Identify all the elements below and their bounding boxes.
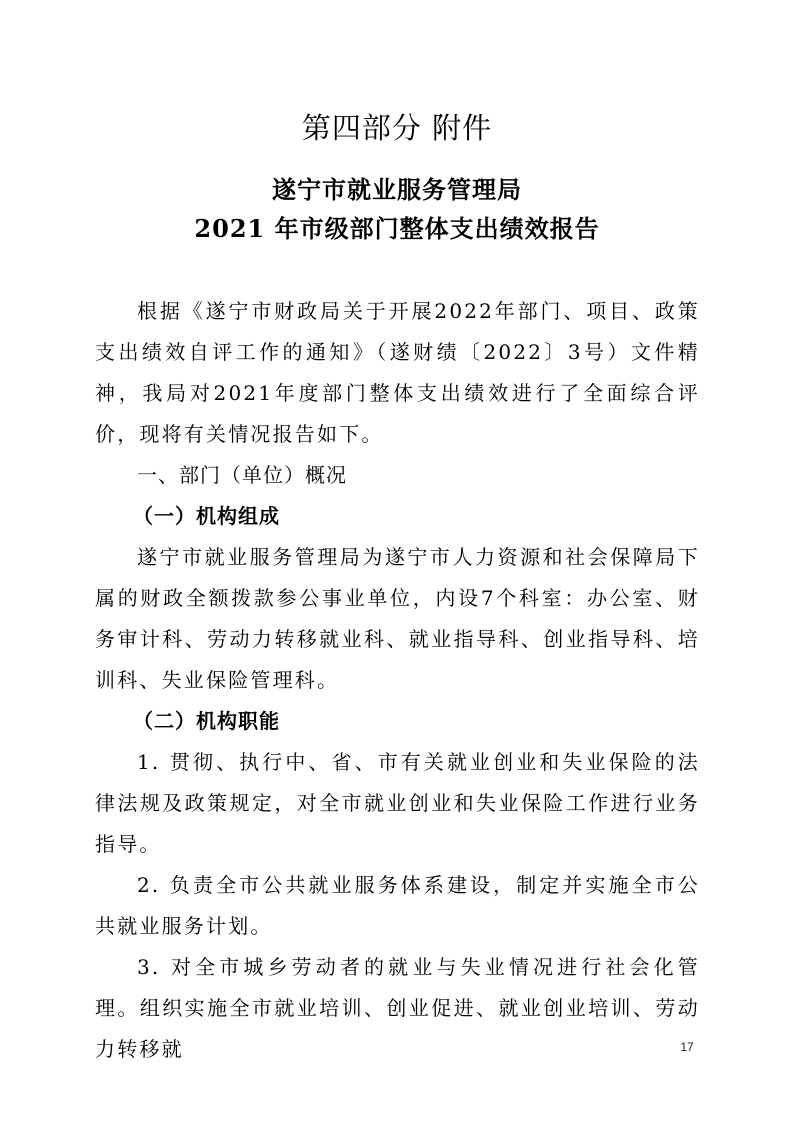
function-item-2: 2. 负责全市公共就业服务体系建设，制定并实施全市公共就业服务计划。 (95, 865, 700, 947)
part-title: 第四部分 附件 (0, 108, 794, 148)
function-item-3: 3. 对全市城乡劳动者的就业与失业情况进行社会化管理。组织实施全市就业培训、创业… (95, 947, 700, 1070)
organization-paragraph: 遂宁市就业服务管理局为遂宁市人力资源和社会保障局下属的财政全额拨款参公事业单位，… (95, 537, 700, 701)
section-heading-overview: 一、部门（单位）概况 (95, 455, 700, 496)
document-page: 第四部分 附件 遂宁市就业服务管理局 2021 年市级部门整体支出绩效报告 根据… (0, 0, 794, 1122)
subsection-heading-functions: （二）机构职能 (95, 701, 700, 742)
report-title-line-2: 2021 年市级部门整体支出绩效报告 (0, 212, 794, 246)
subsection-heading-organization: （一）机构组成 (95, 496, 700, 537)
intro-paragraph: 根据《遂宁市财政局关于开展2022年部门、项目、政策支出绩效自评工作的通知》（遂… (95, 291, 700, 455)
page-number: 17 (672, 1040, 702, 1054)
document-body: 根据《遂宁市财政局关于开展2022年部门、项目、政策支出绩效自评工作的通知》（遂… (95, 291, 700, 1070)
function-item-1: 1. 贯彻、执行中、省、市有关就业创业和失业保险的法律法规及政策规定，对全市就业… (95, 742, 700, 865)
report-title-line-1: 遂宁市就业服务管理局 (0, 173, 794, 207)
